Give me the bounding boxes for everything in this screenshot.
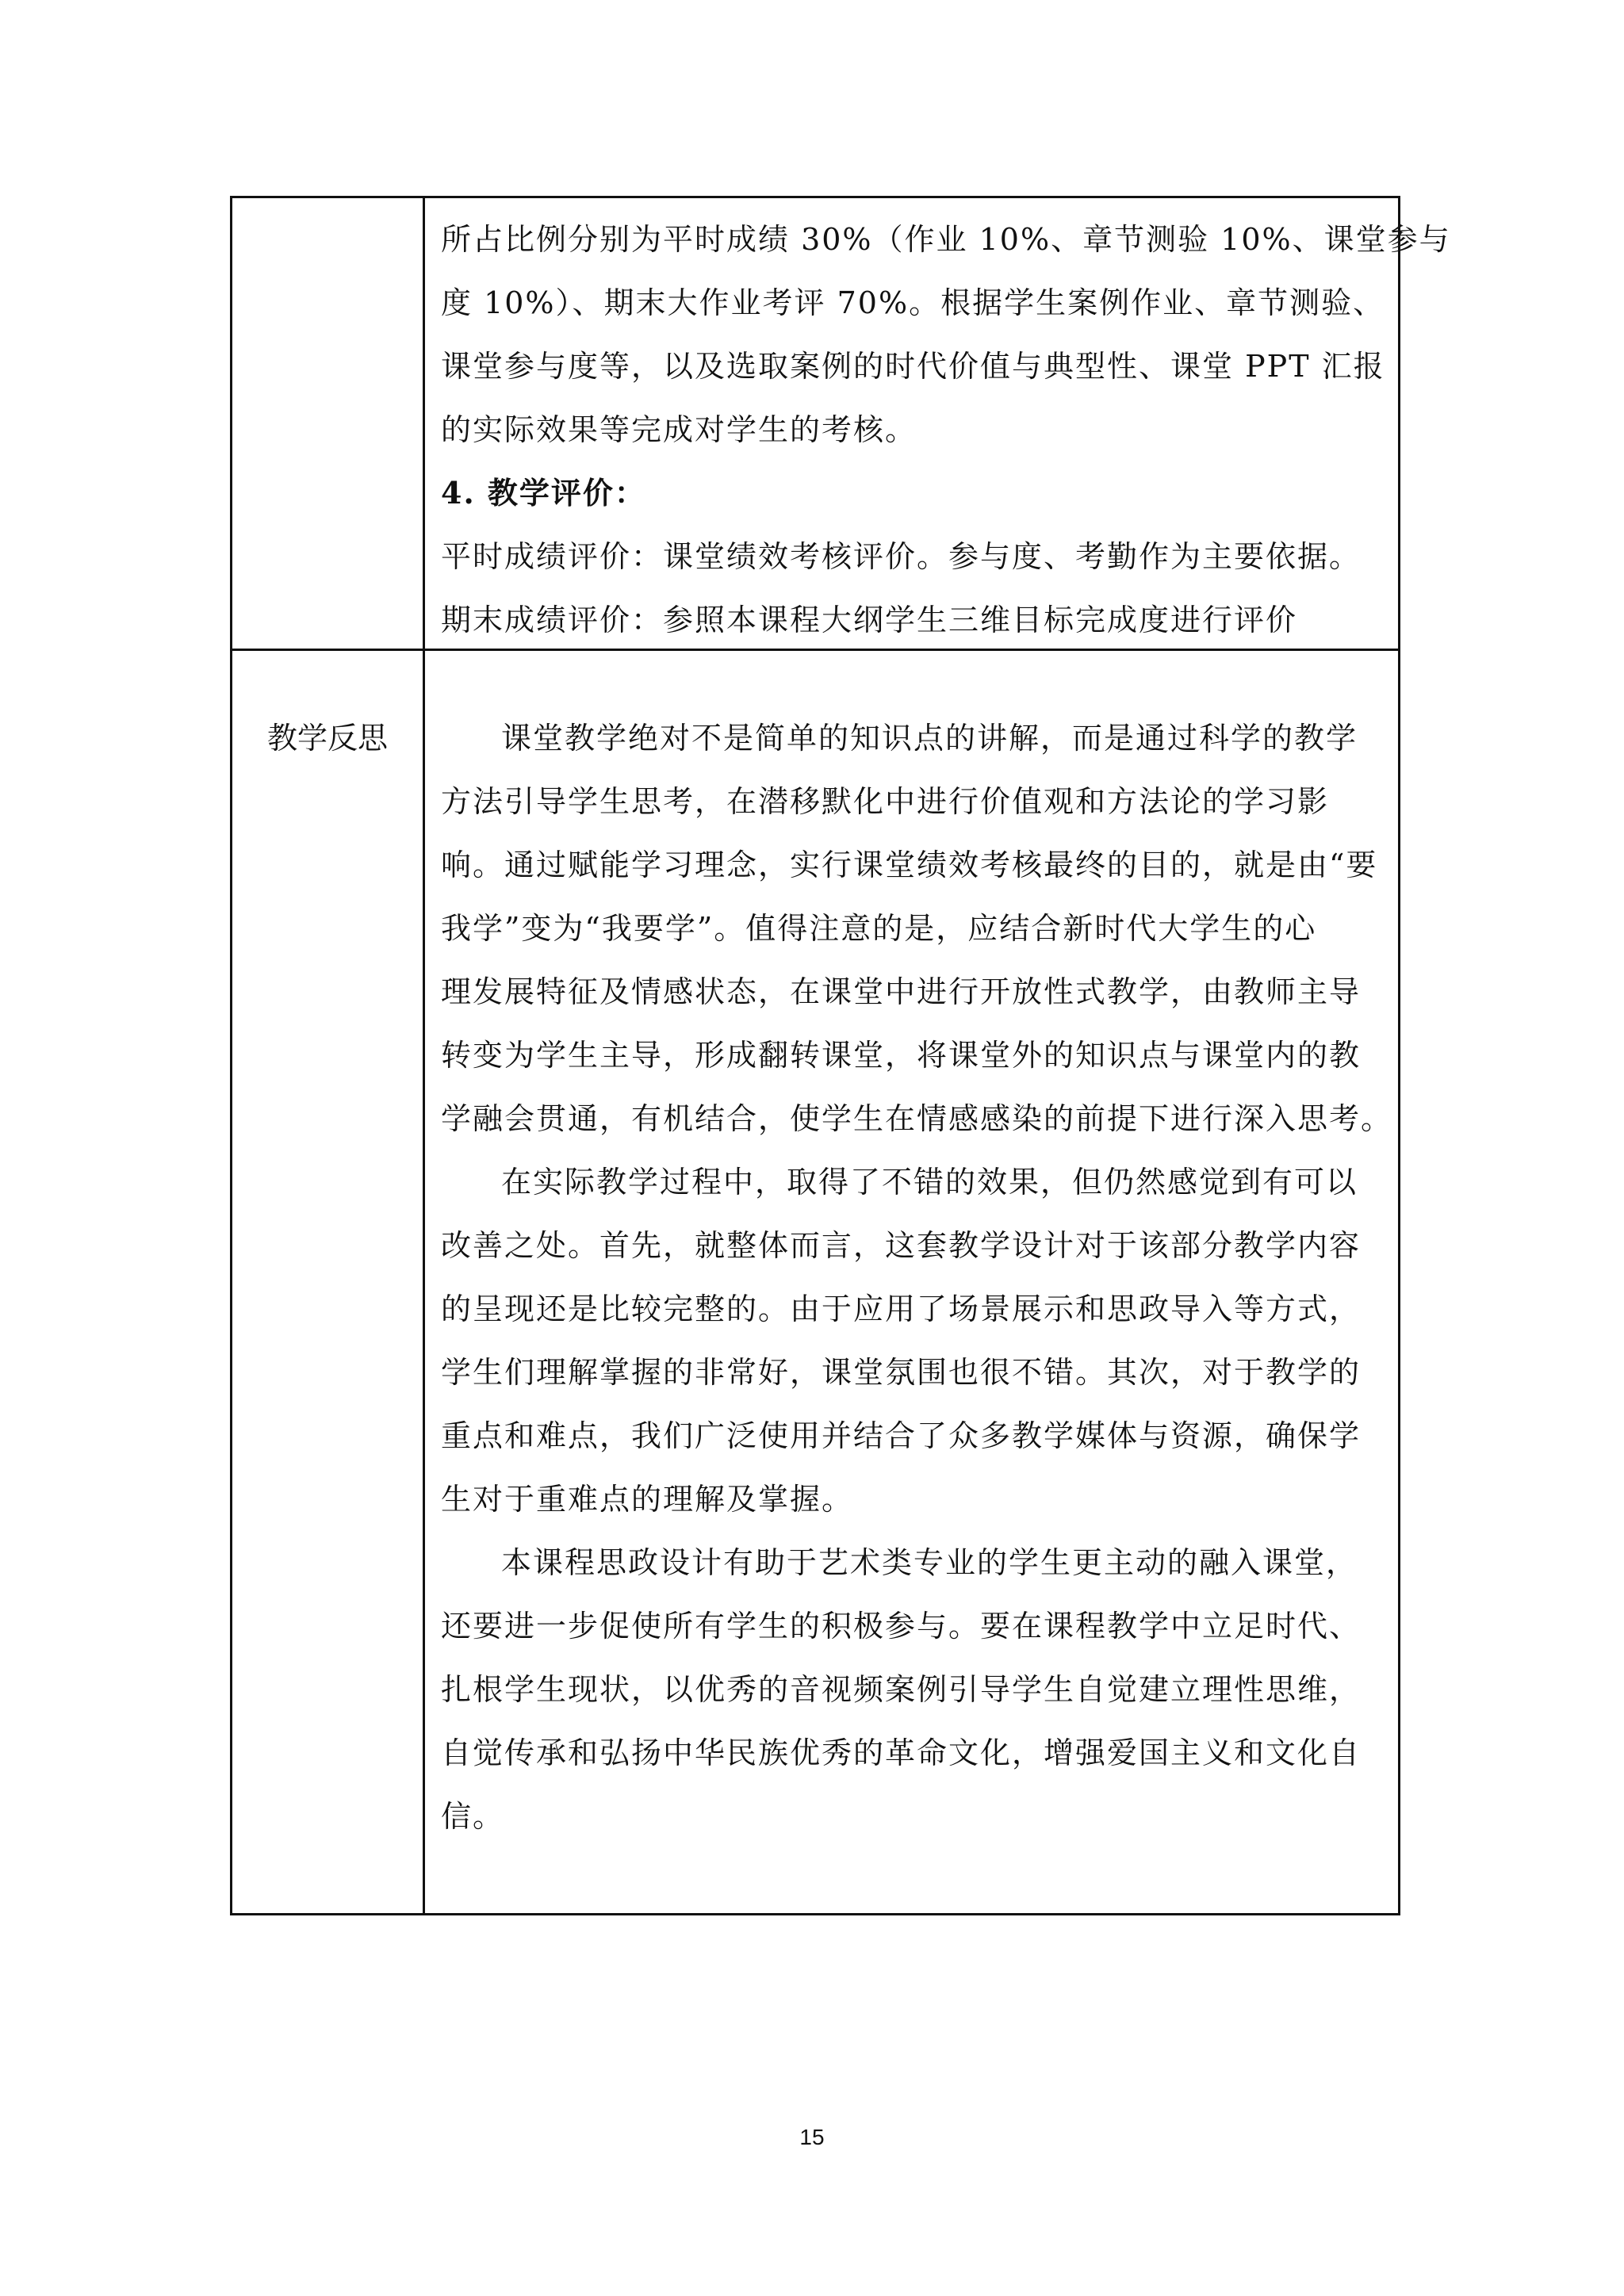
final-grade-evaluation: 期末成绩评价：参照本课程大纲学生三维目标完成度进行评价 — [441, 588, 1451, 652]
assessment-text-line: 所占比例分别为平时成绩 30%（作业 10%、章节测验 10%、课堂参与 — [441, 208, 1451, 271]
paragraph-line: 本课程思政设计有助于艺术类专业的学生更主动的融入课堂， — [441, 1531, 1392, 1594]
paragraph-line: 理发展特征及情感状态，在课堂中进行开放性式教学，由教师主导 — [441, 960, 1392, 1024]
assessment-text-line: 课堂参与度等，以及选取案例的时代价值与典型性、课堂 PPT 汇报 — [441, 335, 1451, 398]
reflection-content-cell: 课堂教学绝对不是简单的知识点的讲解，而是通过科学的教学 方法引导学生思考，在潜移… — [425, 651, 1408, 1913]
page-number: 15 — [0, 2125, 1624, 2150]
paragraph-line: 生对于重难点的理解及掌握。 — [441, 1468, 1392, 1531]
lesson-plan-table: 所占比例分别为平时成绩 30%（作业 10%、章节测验 10%、课堂参与 度 1… — [230, 196, 1400, 1915]
paragraph-line: 转变为学生主导，形成翻转课堂，将课堂外的知识点与课堂内的教 — [441, 1024, 1392, 1087]
paragraph-line: 方法引导学生思考，在潜移默化中进行价值观和方法论的学习影 — [441, 770, 1392, 833]
paragraph-line: 在实际教学过程中，取得了不错的效果，但仍然感觉到有可以 — [441, 1150, 1392, 1214]
reflection-paragraph-1: 课堂教学绝对不是简单的知识点的讲解，而是通过科学的教学 方法引导学生思考，在潜移… — [441, 706, 1392, 1150]
assessment-text-line: 度 10%）、期末大作业考评 70%。根据学生案例作业、章节测验、 — [441, 271, 1451, 335]
paragraph-line: 自觉传承和弘扬中华民族优秀的革命文化，增强爱国主义和文化自 — [441, 1721, 1392, 1785]
paragraph-line: 学融会贯通，有机结合，使学生在情感感染的前提下进行深入思考。 — [441, 1087, 1392, 1150]
table-row-assessment: 所占比例分别为平时成绩 30%（作业 10%、章节测验 10%、课堂参与 度 1… — [232, 198, 1398, 649]
paragraph-line: 的呈现还是比较完整的。由于应用了场景展示和思政导入等方式， — [441, 1277, 1392, 1341]
paragraph-line: 还要进一步促使所有学生的积极参与。要在课程教学中立足时代、 — [441, 1594, 1392, 1658]
row-label-empty — [232, 198, 425, 649]
document-page: 所占比例分别为平时成绩 30%（作业 10%、章节测验 10%、课堂参与 度 1… — [0, 0, 1624, 2296]
paragraph-line: 响。通过赋能学习理念，实行课堂绩效考核最终的目的，就是由“要 — [441, 833, 1392, 897]
row-label-teaching-reflection: 教学反思 — [232, 651, 425, 1913]
reflection-paragraph-3: 本课程思政设计有助于艺术类专业的学生更主动的融入课堂， 还要进一步促使所有学生的… — [441, 1531, 1392, 1848]
paragraph-line: 信。 — [441, 1785, 1392, 1848]
paragraph-line: 改善之处。首先，就整体而言，这套教学设计对于该部分教学内容 — [441, 1214, 1392, 1277]
paragraph-line: 我学”变为“我要学”。值得注意的是，应结合新时代大学生的心 — [441, 897, 1392, 960]
regular-grade-evaluation: 平时成绩评价：课堂绩效考核评价。参与度、考勤作为主要依据。 — [441, 525, 1451, 588]
paragraph-line: 重点和难点，我们广泛使用并结合了众多教学媒体与资源，确保学 — [441, 1404, 1392, 1468]
paragraph-line: 学生们理解掌握的非常好，课堂氛围也很不错。其次，对于教学的 — [441, 1341, 1392, 1404]
table-row-teaching-reflection: 教学反思 课堂教学绝对不是简单的知识点的讲解，而是通过科学的教学 方法引导学生思… — [232, 649, 1398, 1913]
reflection-paragraph-2: 在实际教学过程中，取得了不错的效果，但仍然感觉到有可以 改善之处。首先，就整体而… — [441, 1150, 1392, 1531]
section-heading-teaching-evaluation: 4. 教学评价： — [441, 461, 1451, 525]
paragraph-line: 扎根学生现状，以优秀的音视频案例引导学生自觉建立理性思维， — [441, 1658, 1392, 1721]
assessment-content-cell: 所占比例分别为平时成绩 30%（作业 10%、章节测验 10%、课堂参与 度 1… — [425, 198, 1467, 649]
assessment-text-line: 的实际效果等完成对学生的考核。 — [441, 398, 1451, 461]
paragraph-line: 课堂教学绝对不是简单的知识点的讲解，而是通过科学的教学 — [441, 706, 1392, 770]
